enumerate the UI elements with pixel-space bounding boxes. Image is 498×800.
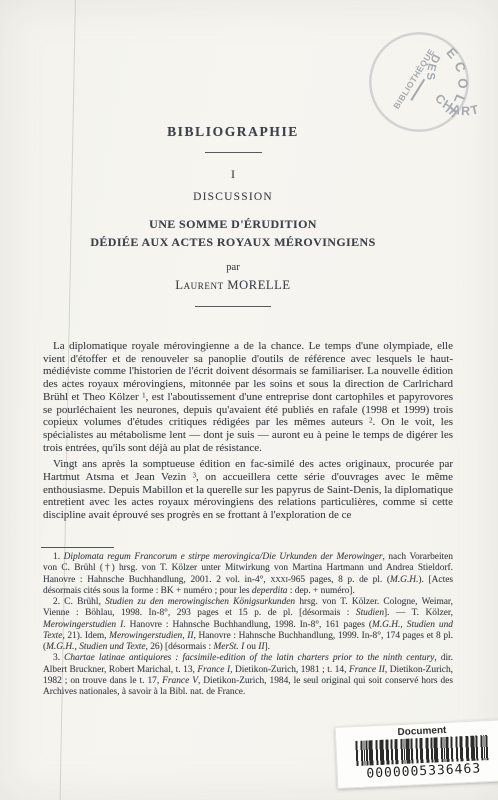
body-paragraph-1: La diplomatique royale mérovingienne a d… — [43, 340, 453, 454]
footnote-3: 3. Chartae latinae antiquiores : facsimi… — [43, 653, 453, 698]
title-divider — [205, 152, 262, 153]
footnote-2: 2. C. Brühl, Studien zu den merowingisch… — [43, 597, 453, 653]
byline-divider — [195, 306, 271, 307]
heading-block: BIBLIOGRAPHIE I DISCUSSION UNE SOMME D'É… — [27, 124, 439, 307]
author-name: Laurent MORELLE — [27, 278, 439, 292]
byline-prefix: par — [27, 262, 439, 274]
article-body: La diplomatique royale mérovingienne a d… — [43, 340, 453, 522]
author-last-name: MORELLE — [227, 278, 290, 292]
section-title: DISCUSSION — [27, 191, 439, 204]
page-title: BIBLIOGRAPHIE — [27, 124, 439, 140]
footnote-1: 1. Diplomata regum Francorum e stirpe me… — [43, 552, 453, 597]
article-title-line1: UNE SOMME D'ÉRUDITION — [27, 217, 439, 231]
barcode-label: Document 0000005336463 — [335, 719, 498, 789]
footnotes-block: 1. Diplomata regum Francorum e stirpe me… — [43, 552, 453, 698]
section-number: I — [27, 168, 439, 181]
author-first-name: Laurent — [175, 278, 223, 292]
scanned-page: ECOLE DES CHARTES BIBLIOTHÈQUE BIBLIOGRA… — [0, 0, 498, 800]
footnote-separator — [41, 547, 114, 548]
article-title-line2: DÉDIÉE AUX ACTES ROYAUX MÉROVINGIENS — [27, 235, 439, 249]
body-paragraph-2: Vingt ans après la somptueuse édition en… — [43, 458, 453, 522]
library-stamp-graphic: ECOLE DES CHARTES BIBLIOTHÈQUE — [361, 24, 477, 140]
library-stamp: ECOLE DES CHARTES BIBLIOTHÈQUE — [361, 24, 477, 140]
